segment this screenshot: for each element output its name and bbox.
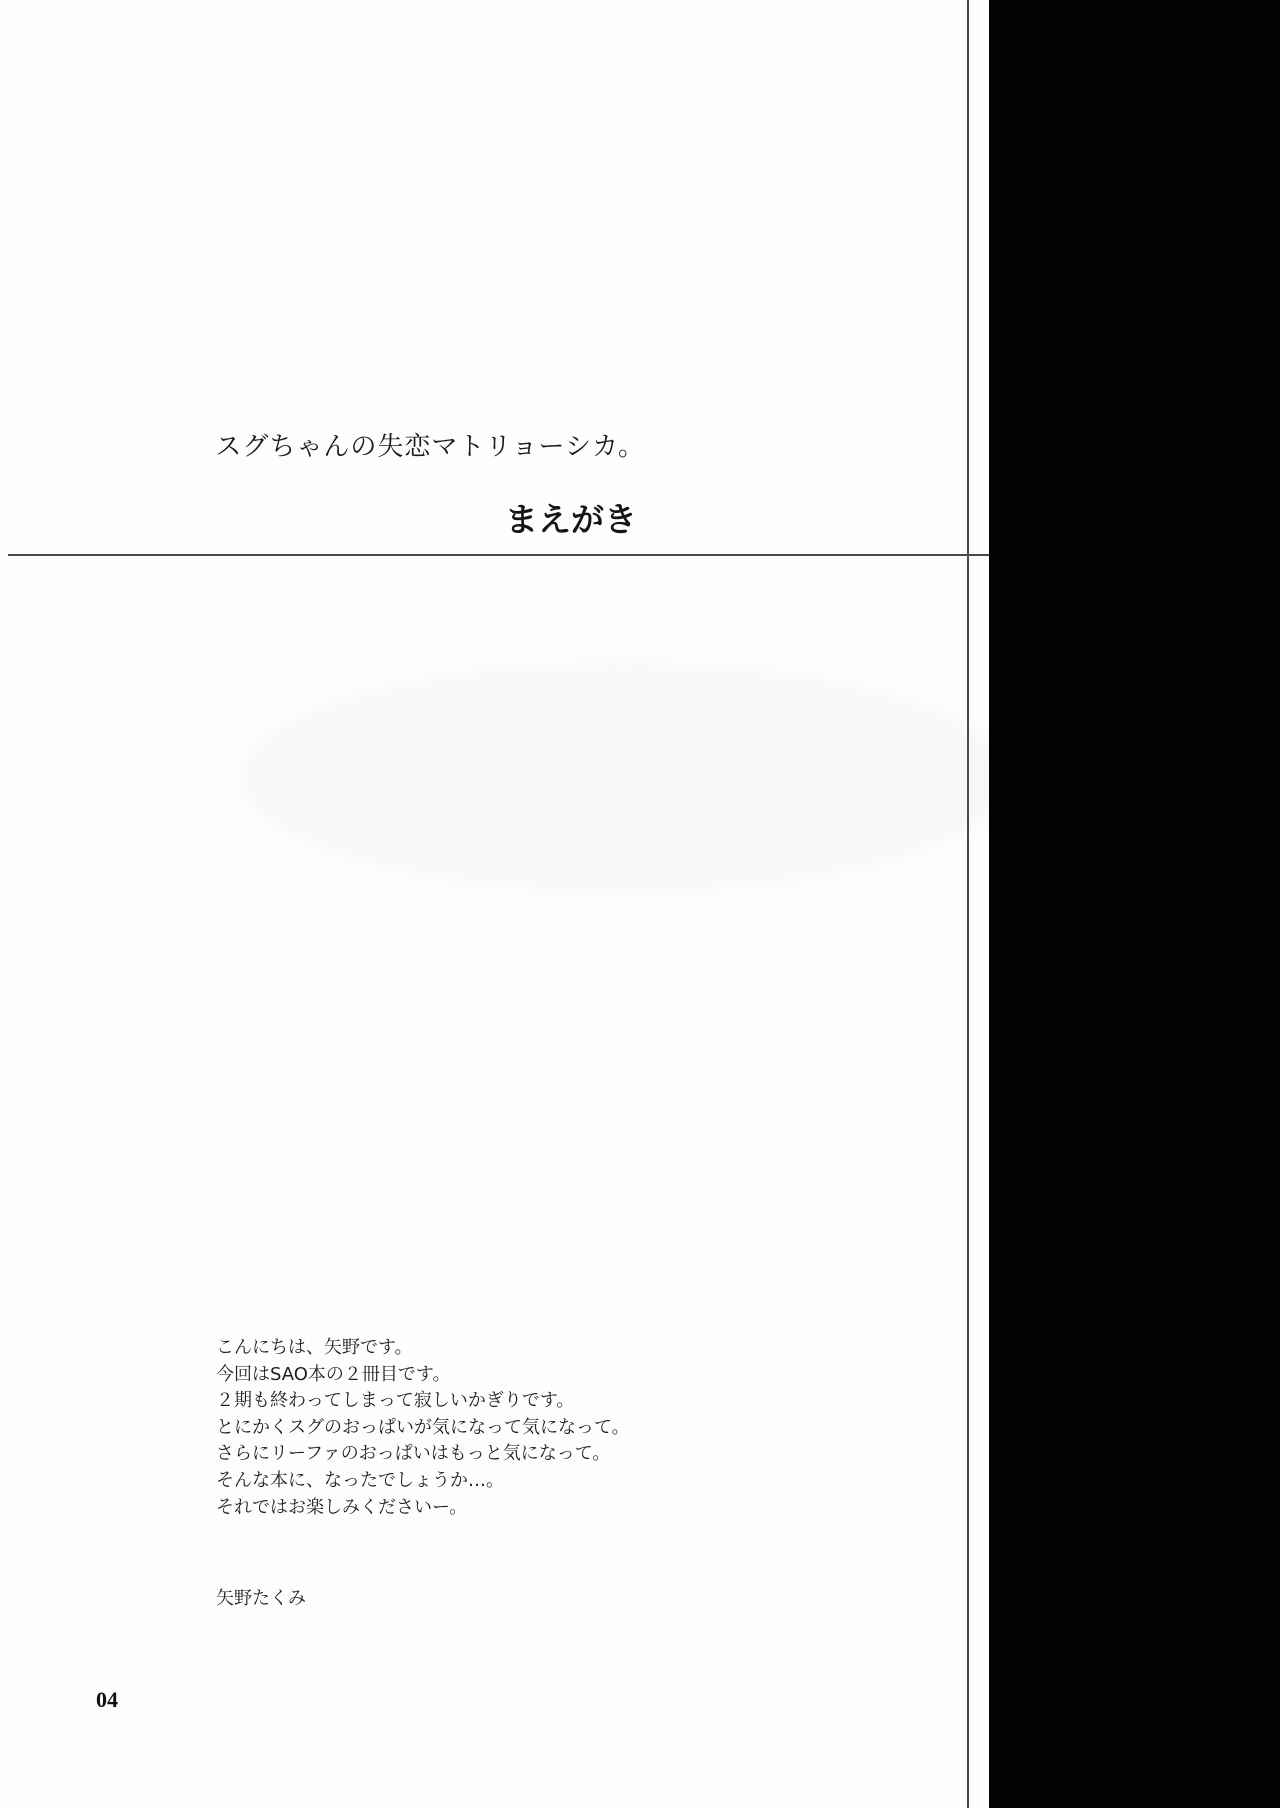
body-line: そんな本に、なったでしょうか…。	[216, 1468, 630, 1495]
body-line: それではお楽しみくださいー。	[216, 1495, 630, 1522]
document-page: スグちゃんの失恋マトリョーシカ。 まえがき こんにちは、矢野です。 今回はSAO…	[0, 0, 989, 1808]
body-line: ２期も終わってしまって寂しいかぎりです。	[216, 1388, 630, 1415]
page-number: 04	[96, 1686, 118, 1714]
body-line: 今回はSAO本の２冊目です。	[216, 1362, 630, 1389]
body-line: さらにリーファのおっぱいはもっと気になって。	[216, 1441, 630, 1468]
vertical-divider	[967, 0, 969, 1808]
faint-background-shape	[245, 665, 1005, 890]
book-title: スグちゃんの失恋マトリョーシカ。	[215, 430, 645, 464]
black-margin	[989, 0, 1280, 1808]
horizontal-divider	[8, 554, 989, 556]
section-heading: まえがき	[505, 500, 637, 540]
body-line: とにかくスグのおっぱいが気になって気になって。	[216, 1415, 630, 1442]
body-line: こんにちは、矢野です。	[216, 1335, 630, 1362]
author-signature: 矢野たくみ	[216, 1586, 306, 1612]
foreword-body: こんにちは、矢野です。 今回はSAO本の２冊目です。 ２期も終わってしまって寂し…	[216, 1335, 630, 1521]
